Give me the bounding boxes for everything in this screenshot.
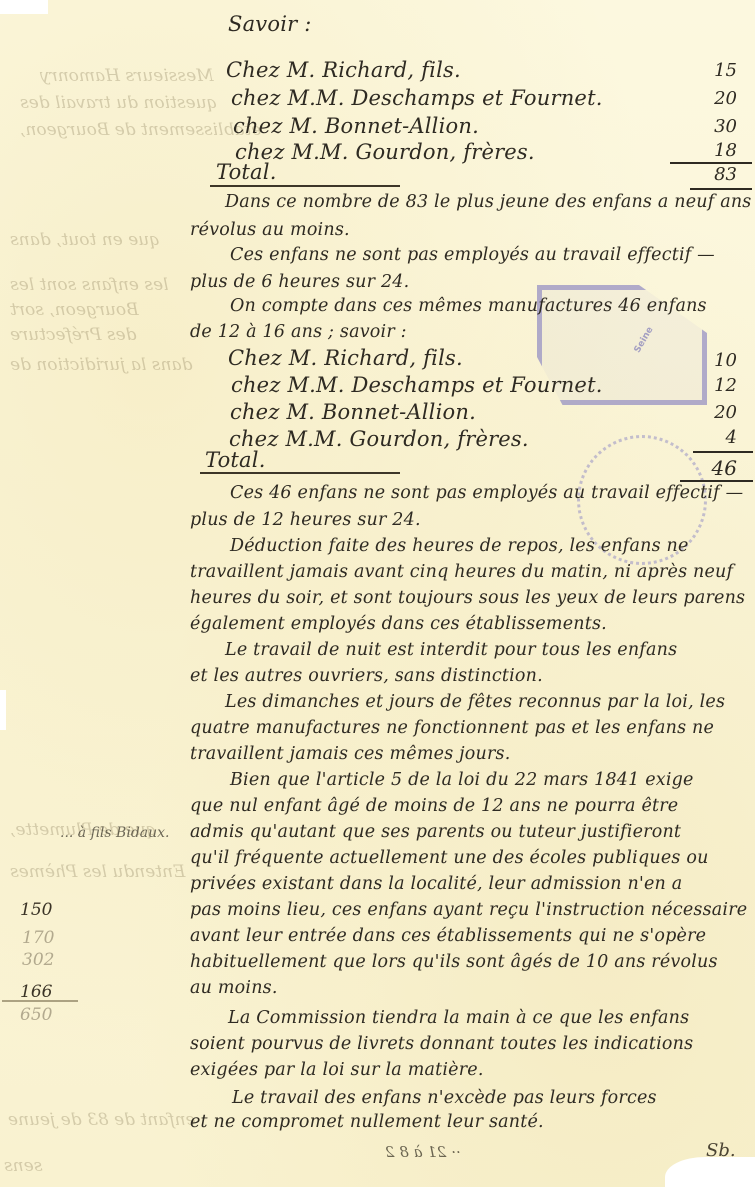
text-line: de 12 à 16 ans ; savoir : xyxy=(190,322,407,342)
text-line: plus de 6 heures sur 24. xyxy=(190,272,409,292)
bleed-through-text: des Préfecture xyxy=(10,325,137,345)
list2-row-label: chez M. Bonnet-Allion. xyxy=(230,400,476,424)
text-line: révolus au moins. xyxy=(190,220,350,240)
text-line: et ne compromet nullement leur santé. xyxy=(190,1112,544,1132)
text-line: et les autres ouvriers, sans distinction… xyxy=(190,666,543,686)
total-underline xyxy=(210,185,400,187)
list2-row-value: 12 xyxy=(714,375,737,396)
list2-row-value: 20 xyxy=(714,402,737,423)
text-line: que nul enfant âgé de moins de 12 ans ne… xyxy=(190,796,678,816)
sum-double-rule xyxy=(680,480,753,482)
bleed-through-text: Entendu les Phèmes xyxy=(10,862,185,882)
footer-faint-note: ·· 21 à 8 2 xyxy=(385,1143,461,1161)
list1-row-value: 18 xyxy=(714,140,737,161)
list2-row-value: 10 xyxy=(714,350,737,371)
text-line: Le travail des enfans n'excède pas leurs… xyxy=(232,1088,657,1108)
text-line: quatre manufactures ne fonctionnent pas … xyxy=(190,718,714,738)
bleed-through-text: établissement de Bourgeon, xyxy=(20,120,261,140)
list2-row-label: Chez M. Richard, fils. xyxy=(228,346,463,370)
list2-total-value: 46 xyxy=(712,456,737,480)
page-corner-tear xyxy=(0,0,48,14)
text-line: Déduction faite des heures de repos, les… xyxy=(230,536,689,556)
initials-signature: Sb. xyxy=(706,1140,736,1161)
text-line: privées existant dans la localité, leur … xyxy=(190,874,682,894)
margin-sum-rule xyxy=(2,1000,78,1002)
text-line: Les dimanches et jours de fêtes reconnus… xyxy=(225,692,725,712)
text-line: également employés dans ces établissemen… xyxy=(190,614,607,634)
text-line: exigées par la loi sur la matière. xyxy=(190,1060,484,1080)
list2-row-label: chez M.M. Gourdon, frères. xyxy=(229,427,529,451)
list1-row-label: chez M.M. Deschamps et Fournet. xyxy=(231,86,603,110)
text-line: qu'il fréquente actuellement une des éco… xyxy=(190,848,709,868)
text-line: Ces 46 enfans ne sont pas employés au tr… xyxy=(230,483,743,503)
margin-note: ... à fils Bidaux. xyxy=(60,825,169,841)
text-line: admis qu'autant que ses parents ou tuteu… xyxy=(190,822,681,842)
list1-heading: Savoir : xyxy=(228,12,312,36)
list1-row-value: 20 xyxy=(714,88,737,109)
text-line: habituellement que lors qu'ils sont âgés… xyxy=(190,952,718,972)
text-line: Dans ce nombre de 83 le plus jeune des e… xyxy=(225,192,751,212)
text-line: au moins. xyxy=(190,978,278,998)
page-corner-tear xyxy=(665,1157,755,1187)
page-edge-tear xyxy=(0,690,6,730)
sum-rule xyxy=(670,162,752,164)
list2-row-label: chez M.M. Deschamps et Fournet. xyxy=(231,373,603,397)
text-line: Bien que l'article 5 de la loi du 22 mar… xyxy=(230,770,694,790)
list1-row-label: Chez M. Richard, fils. xyxy=(226,58,461,82)
list1-row-label: chez M. Bonnet-Allion. xyxy=(233,114,479,138)
list1-row-value: 30 xyxy=(714,116,737,137)
text-line: heures du soir, et sont toujours sous le… xyxy=(190,588,745,608)
list2-row-value: 4 xyxy=(726,427,737,448)
margin-figure: 150 xyxy=(20,900,52,920)
bleed-through-text: Messieurs Hamonry xyxy=(40,66,214,86)
list1-row-value: 15 xyxy=(714,60,737,81)
list1-total-label: Total. xyxy=(216,160,277,184)
list1-row-label: chez M.M. Gourdon, frères. xyxy=(235,140,535,164)
text-line: plus de 12 heures sur 24. xyxy=(190,510,421,530)
sum-double-rule xyxy=(690,188,752,190)
text-line: Ces enfans ne sont pas employés au trava… xyxy=(230,245,715,265)
margin-figure: 170 xyxy=(22,928,54,948)
text-line: avant leur entrée dans ces établissement… xyxy=(190,926,706,946)
sum-rule xyxy=(693,451,753,453)
list2-total-label: Total. xyxy=(205,448,266,472)
text-line: pas moins lieu, ces enfans ayant reçu l'… xyxy=(190,900,747,920)
bleed-through-text: les enfans sont les xyxy=(10,275,169,295)
text-line: travaillent jamais avant cinq heures du … xyxy=(190,562,733,582)
manuscript-page: Messieurs Hamonry question du travail de… xyxy=(0,0,755,1187)
bleed-through-text: sens xyxy=(4,1156,42,1176)
bleed-through-text: enfant de 83 de jeune xyxy=(8,1110,196,1130)
bleed-through-text: question du travail des xyxy=(20,93,217,113)
bleed-through-text: Bourgeon, sort xyxy=(10,300,139,320)
text-line: Le travail de nuit est interdit pour tou… xyxy=(225,640,677,660)
text-line: On compte dans ces mêmes manufactures 46… xyxy=(230,296,707,316)
bleed-through-text: que en tout, dans xyxy=(10,230,160,250)
bleed-through-text: dans la juridiction de xyxy=(10,355,193,375)
margin-figure: 302 xyxy=(22,950,54,970)
text-line: soient pourvus de livrets donnant toutes… xyxy=(190,1034,693,1054)
text-line: La Commission tiendra la main à ce que l… xyxy=(228,1008,689,1028)
total-underline xyxy=(200,472,400,474)
list1-total-value: 83 xyxy=(714,164,737,185)
margin-figure: 166 xyxy=(20,982,52,1002)
text-line: travaillent jamais ces mêmes jours. xyxy=(190,744,510,764)
margin-figure: 650 xyxy=(20,1005,52,1025)
